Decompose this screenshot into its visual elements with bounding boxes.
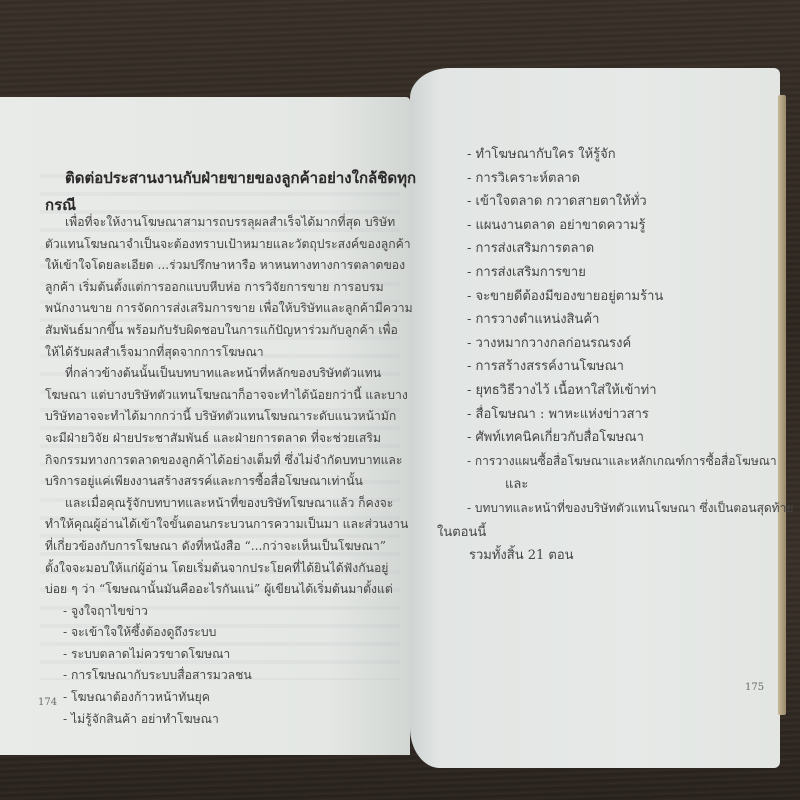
paragraph-line: สัมพันธ์มากขึ้น พร้อมกับรับผิดชอบในการแก… bbox=[45, 320, 390, 342]
bullet-item: - การวางตำแหน่งสินค้า bbox=[467, 308, 787, 332]
page-number-left: 174 bbox=[38, 697, 57, 708]
bullet-item: - การส่งเสริมการตลาด bbox=[467, 237, 787, 261]
paragraph-line: ตั้งใจจะมอบให้แก่ผู้อ่าน โดยเริ่มต้นจากป… bbox=[45, 558, 390, 580]
paragraph-line: ลูกค้า เริ่มต้นตั้งแต่การออกแบบหีบห่อ กา… bbox=[45, 277, 390, 299]
bullet-item: - ระบบตลาดไม่ควรขาดโฆษณา bbox=[45, 644, 390, 666]
heading-line-1: ติดต่อประสานงานกับฝ่ายขายของลูกค้าอย่างใ… bbox=[65, 165, 410, 192]
paragraph-line: บริษัทอาจจะทำได้มากกว่านี้ บริษัทตัวแทนโ… bbox=[45, 406, 390, 428]
right-bullet-list: - ทำโฆษณากับใคร ให้รู้จัก - การวิเคราะห์… bbox=[467, 143, 787, 568]
paragraph-line: ให้ได้รับผลสำเร็จมากที่สุดจากการโฆษณา bbox=[45, 342, 390, 364]
bullet-item: - เข้าใจตลาด กวาดสายตาให้ทั่ว bbox=[467, 190, 787, 214]
section-heading: ติดต่อประสานงานกับฝ่ายขายของลูกค้าอย่างใ… bbox=[65, 165, 410, 219]
paragraph-line: พนักงานขาย การจัดการส่งเสริมการขาย เพื่อ… bbox=[45, 298, 390, 320]
bullet-item: - จูงใจฤาไขข่าว bbox=[45, 601, 390, 623]
left-body-text: เพื่อที่จะให้งานโฆษณาสามารถบรรลุผลสำเร็จ… bbox=[45, 212, 390, 730]
bullet-item: - ทำโฆษณากับใคร ให้รู้จัก bbox=[467, 143, 787, 167]
bullet-item: - ยุทธวิธีวางไว้ เนื้อหาใส่ให้เข้าท่า bbox=[467, 379, 787, 403]
paragraph-line: บริการอยู่แค่เพียงงานสร้างสรรค์และการซื้… bbox=[45, 471, 390, 493]
total-episodes: รวมทั้งสิ้น 21 ตอน bbox=[467, 544, 787, 568]
paragraph-line: ทำให้คุณผู้อ่านได้เข้าใจขั้นตอนกระบวนการ… bbox=[45, 514, 390, 536]
paragraph-line: ให้เข้าใจโดยละเอียด ...ร่วมปรึกษาหารือ ห… bbox=[45, 255, 390, 277]
paragraph-line: จะมีฝ่ายวิจัย ฝ่ายประชาสัมพันธ์ และฝ่ายก… bbox=[45, 428, 390, 450]
bullet-item: - จะเข้าใจให้ซึ้งต้องดูถึงระบบ bbox=[45, 622, 390, 644]
bullet-item: - โฆษณาต้องก้าวหน้าทันยุค bbox=[45, 687, 390, 709]
bullet-item: - แผนงานตลาด อย่าขาดความรู้ bbox=[467, 214, 787, 238]
bullet-item: - การส่งเสริมการขาย bbox=[467, 261, 787, 285]
paragraph-line: ตัวแทนโฆษณาจำเป็นจะต้องทราบเป้าหมายและวั… bbox=[45, 234, 390, 256]
paragraph-line: และเมื่อคุณรู้จักบทบาทและหน้าที่ของบริษั… bbox=[45, 493, 390, 515]
bullet-item: - บทบาทและหน้าที่ของบริษัทตัวแทนโฆษณา ซึ… bbox=[467, 497, 787, 521]
bullet-continuation: ในตอนนี้ bbox=[437, 521, 787, 545]
bullet-item: - การสร้างสรรค์งานโฆษณา bbox=[467, 355, 787, 379]
bullet-item: - ไม่รู้จักสินค้า อย่าทำโฆษณา bbox=[45, 709, 390, 731]
paragraph-line: บ่อย ๆ ว่า “โฆษณานั้นมันคืออะไรกันแน่” ผ… bbox=[45, 579, 390, 601]
bullet-wrap-text: และ bbox=[467, 473, 787, 497]
bullet-item: - การโฆษณากับระบบสื่อสารมวลชน bbox=[45, 665, 390, 687]
paragraph-line: กิจกรรมทางการตลาดของลูกค้าได้อย่างเต็มที… bbox=[45, 450, 390, 472]
bullet-item: - การวางแผนซื้อสื่อโฆษณาและหลักเกณฑ์การซ… bbox=[467, 450, 787, 474]
bullet-item: - จะขายดีต้องมีของขายอยู่ตามร้าน bbox=[467, 285, 787, 309]
bullet-item: - ศัพท์เทคนิคเกี่ยวกับสื่อโฆษณา bbox=[467, 426, 787, 450]
paragraph-line: ที่กล่าวข้างต้นนั้นเป็นบทบาทและหน้าที่หล… bbox=[45, 363, 390, 385]
page-number-right: 175 bbox=[745, 682, 764, 693]
paragraph-line: โฆษณา แต่บางบริษัทตัวแทนโฆษณาก็อาจจะทำได… bbox=[45, 385, 390, 407]
bullet-item: - สื่อโฆษณา : พาหะแห่งข่าวสาร bbox=[467, 403, 787, 427]
bullet-item: - วางหมากวางกลก่อนรณรงค์ bbox=[467, 332, 787, 356]
paragraph-line: ที่เกี่ยวข้องกับการโฆษณา ดังที่หนังสือ “… bbox=[45, 536, 390, 558]
paragraph-line: เพื่อที่จะให้งานโฆษณาสามารถบรรลุผลสำเร็จ… bbox=[45, 212, 390, 234]
bullet-item: - การวิเคราะห์ตลาด bbox=[467, 167, 787, 191]
